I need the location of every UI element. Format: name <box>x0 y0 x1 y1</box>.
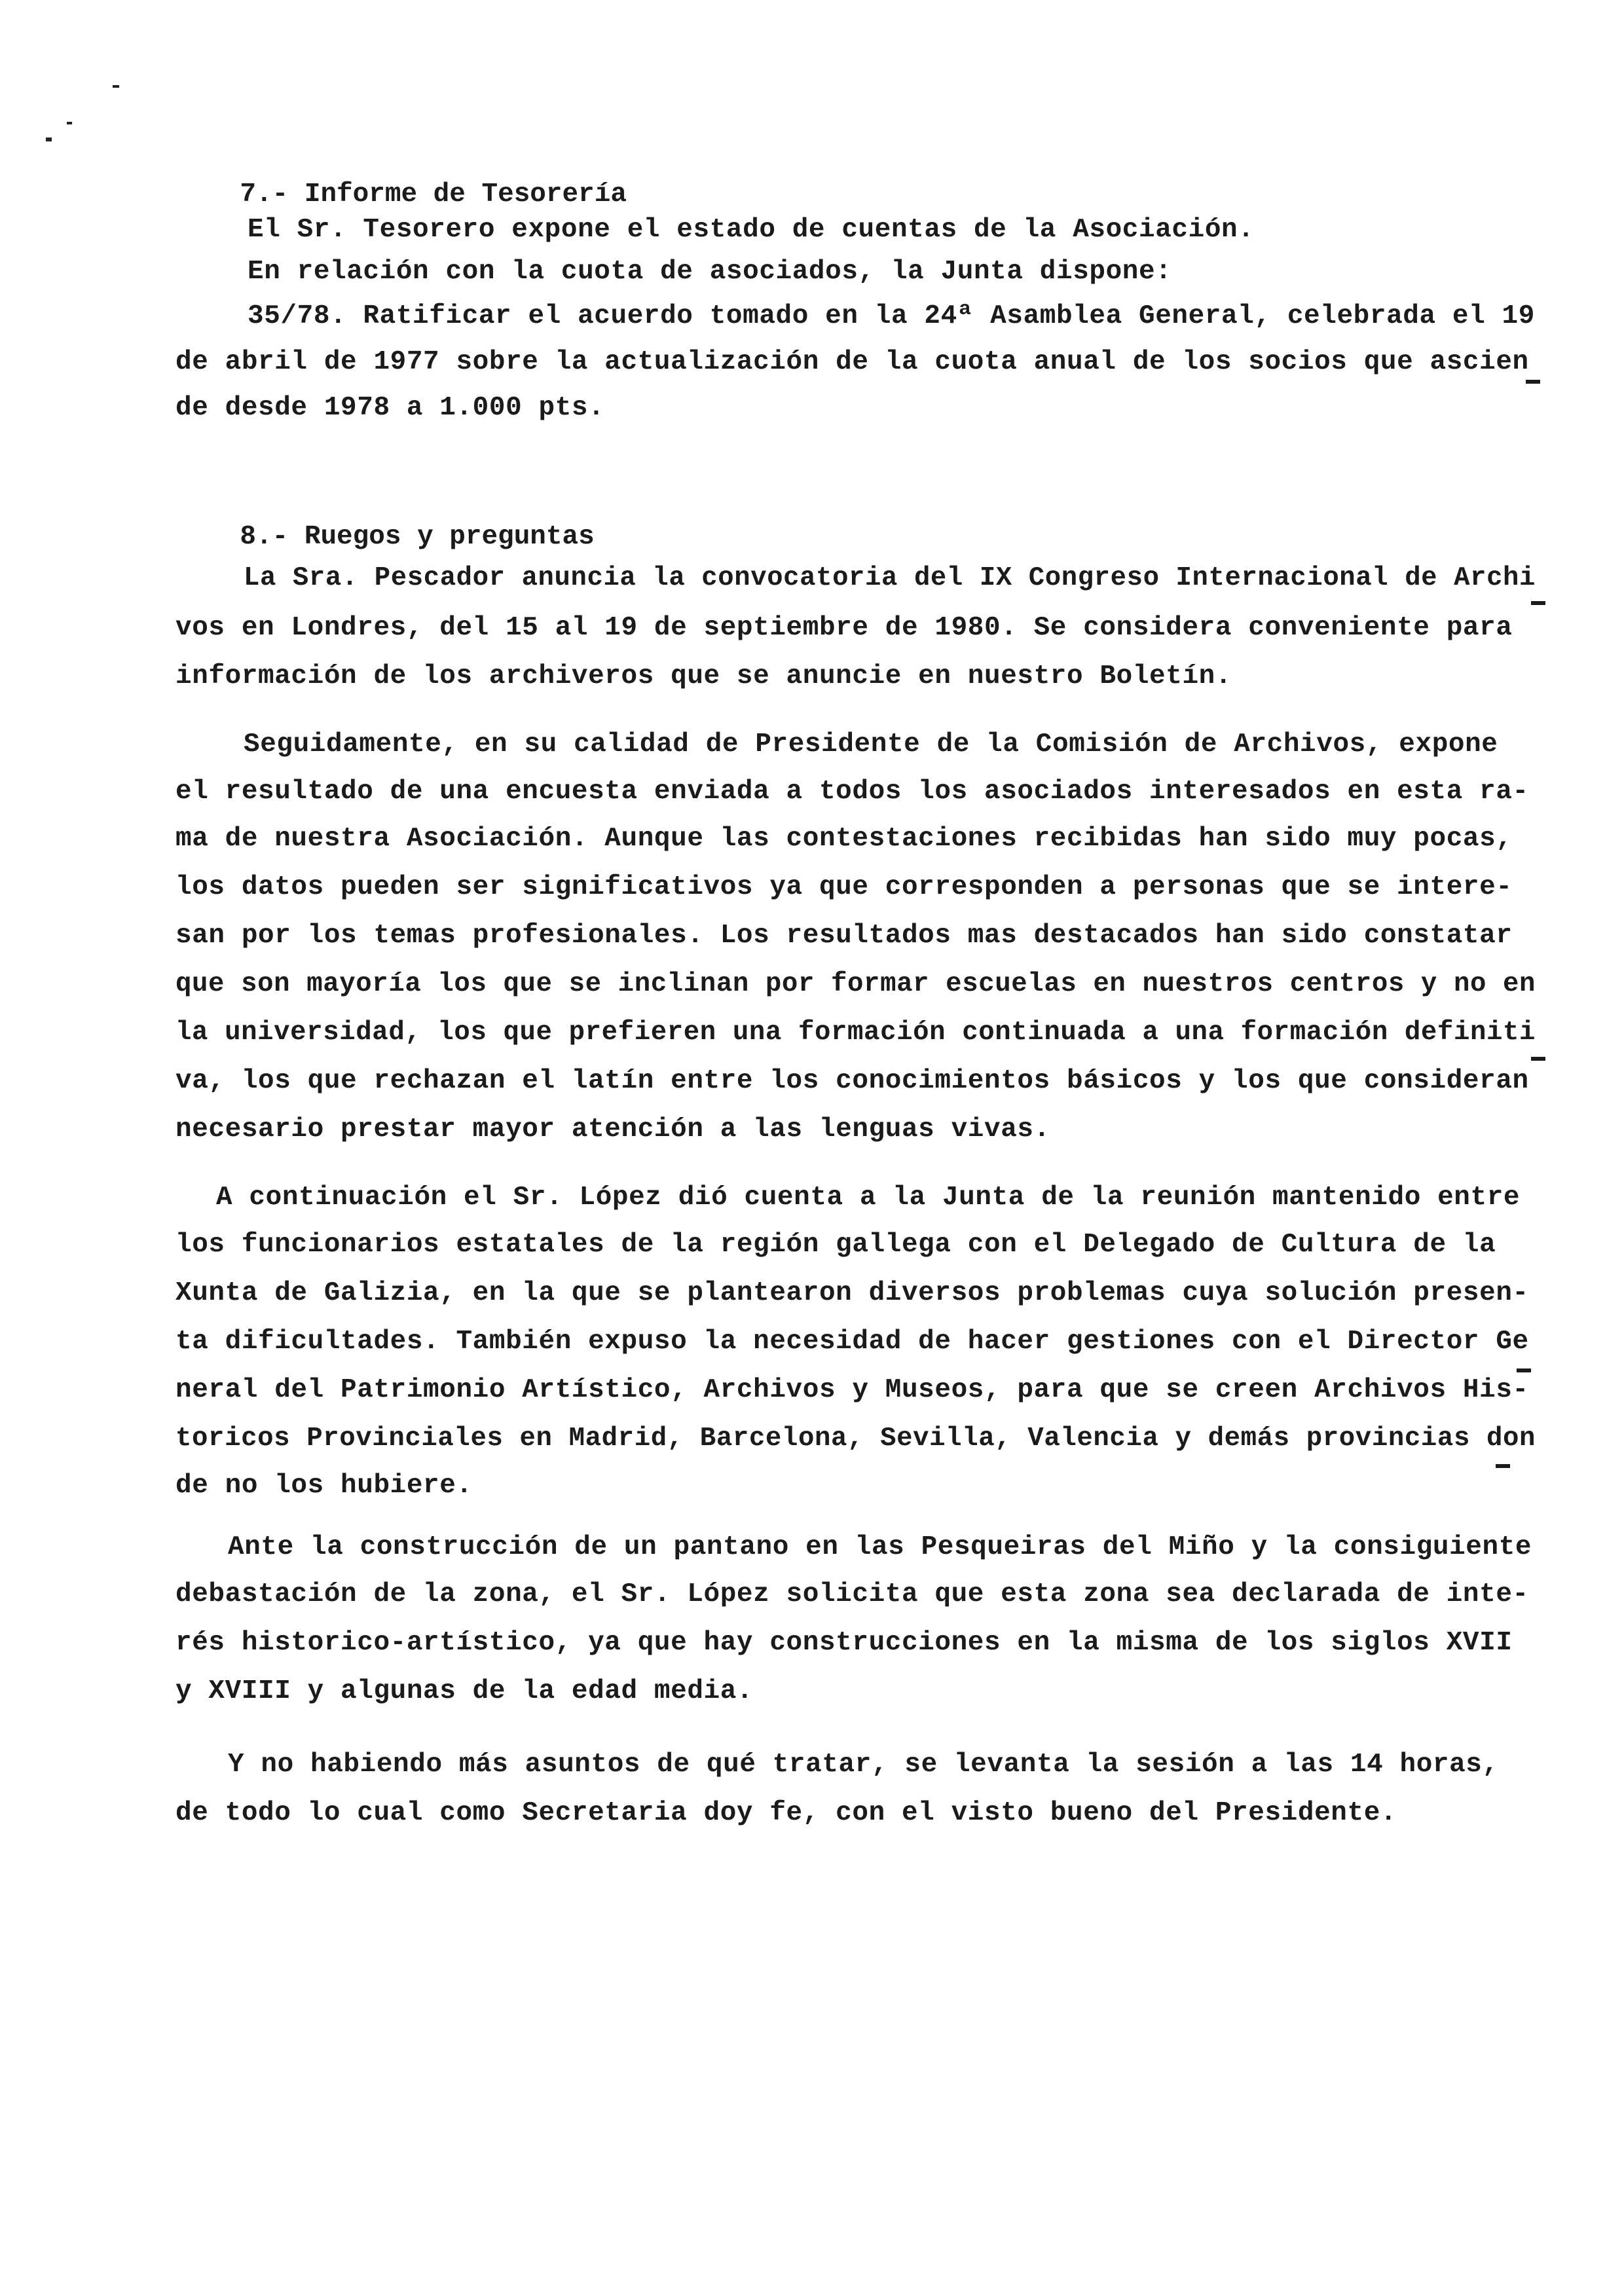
section-8-title: Ruegos y preguntas <box>304 522 595 552</box>
paragraph-4-line: Ante la construcción de un pantano en la… <box>228 1531 1532 1564</box>
section-7-agreement-line: de desde 1978 a 1.000 pts. <box>175 392 604 424</box>
paragraph-2-line: Seguidamente, en su calidad de President… <box>244 728 1498 761</box>
paragraph-2-line: la universidad, los que prefieren una fo… <box>175 1016 1536 1049</box>
paragraph-2-line: los datos pueden ser significativos ya q… <box>175 871 1513 904</box>
paragraph-4-line: y XVIII y algunas de la edad media. <box>175 1675 753 1708</box>
paragraph-3-line: A continuación el Sr. López dió cuenta a… <box>216 1181 1520 1214</box>
section-7-line: El Sr. Tesorero expone el estado de cuen… <box>248 213 1254 246</box>
section-8-number: 8.- <box>240 522 288 552</box>
paragraph-4-line: debastación de la zona, el Sr. López sol… <box>175 1578 1529 1611</box>
section-7-agreement-line: de abril de 1977 sobre la actualización … <box>175 346 1529 378</box>
paragraph-3-line: de no los hubiere. <box>175 1469 473 1502</box>
section-7-number: 7.- <box>240 179 288 210</box>
hyphen-underline-mark <box>1526 380 1540 384</box>
paragraph-2-line: el resultado de una encuesta enviada a t… <box>175 775 1529 808</box>
scan-speck <box>113 85 119 88</box>
document-page: 7.- Informe de Tesorería El Sr. Tesorero… <box>0 0 1624 2295</box>
scan-speck <box>67 122 72 124</box>
paragraph-2-line: que son mayoría los que se inclinan por … <box>175 968 1536 1001</box>
section-7-line: En relación con la cuota de asociados, l… <box>248 255 1172 288</box>
paragraph-1-line: vos en Londres, del 15 al 19 de septiemb… <box>175 612 1513 644</box>
paragraph-2-line: san por los temas profesionales. Los res… <box>175 919 1513 952</box>
paragraph-1-line: información de los archiveros que se anu… <box>175 660 1232 693</box>
paragraph-2-line: va, los que rechazan el latín entre los … <box>175 1065 1529 1097</box>
paragraph-3-line: toricos Provinciales en Madrid, Barcelon… <box>175 1422 1536 1455</box>
section-7-title: Informe de Tesorería <box>304 179 627 210</box>
hyphen-underline-mark <box>1531 601 1545 605</box>
hyphen-underline-mark <box>1531 1057 1545 1061</box>
closing-line: de todo lo cual como Secretaria doy fe, … <box>175 1797 1397 1829</box>
paragraph-3-line: neral del Patrimonio Artístico, Archivos… <box>175 1374 1529 1406</box>
hyphen-underline-mark <box>1496 1464 1510 1468</box>
paragraph-3-line: los funcionarios estatales de la región … <box>175 1228 1496 1261</box>
scan-speck <box>46 138 52 141</box>
closing-line: Y no habiendo más asuntos de qué tratar,… <box>228 1748 1499 1781</box>
paragraph-2-line: ma de nuestra Asociación. Aunque las con… <box>175 822 1513 855</box>
section-7-agreement-line: 35/78. Ratificar el acuerdo tomado en la… <box>248 300 1535 333</box>
paragraph-4-line: rés historico-artístico, ya que hay cons… <box>175 1626 1513 1659</box>
paragraph-2-line: necesario prestar mayor atención a las l… <box>175 1113 1050 1146</box>
hyphen-underline-mark <box>1517 1368 1531 1372</box>
paragraph-3-line: Xunta de Galizia, en la que se plantearo… <box>175 1277 1529 1310</box>
paragraph-3-line: ta dificultades. También expuso la neces… <box>175 1325 1529 1358</box>
paragraph-1-line: La Sra. Pescador anuncia la convocatoria… <box>244 562 1536 595</box>
